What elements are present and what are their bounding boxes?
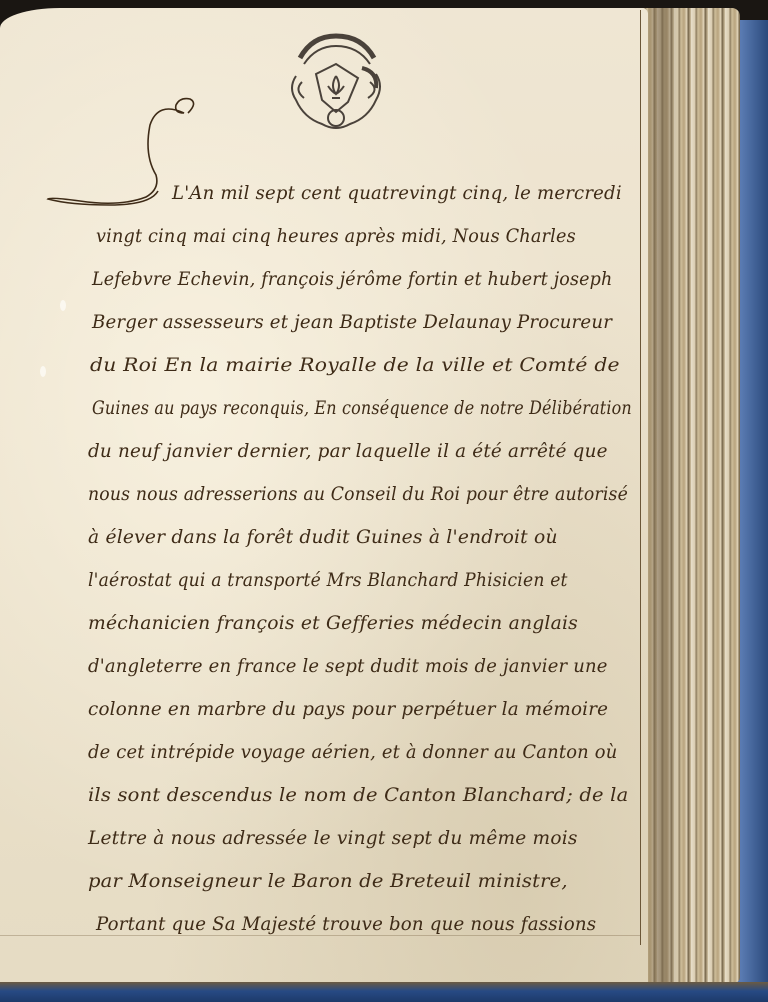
text-line-6: Guines au pays reconquis, En conséquence… — [92, 397, 632, 419]
text-line-9: à élever dans la forêt dudit Guines à l'… — [88, 526, 558, 548]
text-line-14: de cet intrépide voyage aérien, et à don… — [88, 741, 617, 763]
text-line-13: colonne en marbre du pays pour perpétuer… — [88, 698, 608, 720]
text-line-12: d'angleterre en france le sept dudit moi… — [88, 655, 608, 677]
manuscript-text: L'An mil sept cent quatrevingt cinq, le … — [0, 0, 640, 940]
text-line-3: Lefebvre Echevin, françois jérôme fortin… — [92, 268, 612, 290]
text-line-5: du Roi En la mairie Royalle de la ville … — [90, 354, 620, 376]
text-line-18: Portant que Sa Majesté trouve bon que no… — [96, 913, 596, 935]
text-line-10: l'aérostat qui a transporté Mrs Blanchar… — [88, 569, 568, 591]
text-line-2: vingt cinq mai cinq heures après midi, N… — [96, 225, 576, 247]
text-line-16: Lettre à nous adressée le vingt sept du … — [88, 827, 578, 849]
manuscript-book: L'An mil sept cent quatrevingt cinq, le … — [0, 0, 768, 1002]
text-line-15: ils sont descendus le nom de Canton Blan… — [88, 784, 628, 806]
text-line-17: par Monseigneur le Baron de Breteuil min… — [88, 870, 568, 892]
book-cover-bottom — [0, 982, 768, 1002]
text-line-7: du neuf janvier dernier, par laquelle il… — [88, 440, 608, 462]
text-line-11: méchanicien françois et Gefferies médeci… — [88, 612, 578, 634]
text-line-4: Berger assesseurs et jean Baptiste Delau… — [92, 311, 612, 333]
text-line-8: nous nous adresserions au Conseil du Roi… — [88, 483, 628, 505]
page-edges-stack — [640, 8, 740, 983]
margin-rule — [640, 10, 641, 945]
text-line-1: L'An mil sept cent quatrevingt cinq, le … — [172, 182, 622, 204]
